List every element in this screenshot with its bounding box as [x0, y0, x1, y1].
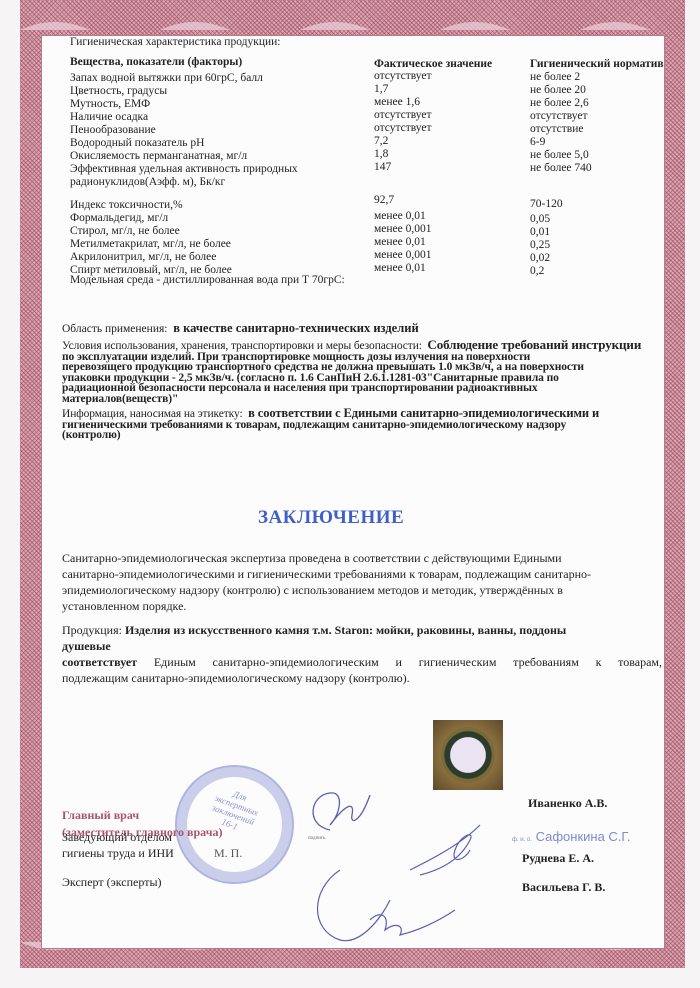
table-cell-norm: 0,02	[530, 252, 550, 265]
complies-word: соответствует	[62, 655, 137, 669]
table-cell-norm: отсутствует	[530, 110, 588, 123]
emblem-icon	[441, 727, 495, 783]
table-cell-norm: не более 5,0	[530, 149, 589, 162]
signature-expert	[300, 860, 460, 960]
product-block: Продукция: Изделия из искусственного кам…	[62, 622, 662, 654]
table-cell-actual: менее 0,01	[374, 210, 426, 223]
table-cell-norm: 0,2	[530, 265, 544, 278]
table-cell-substance: Формальдегид, мг/л	[70, 212, 168, 225]
table-cell-actual: менее 1,6	[374, 96, 420, 109]
experts-label: Эксперт (эксперты)	[62, 875, 162, 890]
table-cell-norm: не более 2	[530, 71, 580, 84]
table-cell-actual: 1,7	[374, 83, 388, 96]
product-name: Изделия из искусственного камня т.м. Sta…	[125, 623, 566, 637]
table-cell-actual: отсутствует	[374, 109, 432, 122]
table-cell-norm: не более 2,6	[530, 97, 589, 110]
conclusion-title: ЗАКЛЮЧЕНИЕ	[258, 507, 404, 529]
signature-chief	[300, 785, 380, 845]
table-cell-actual: менее 0,01	[374, 236, 426, 249]
table-cell-substance: Стирол, мг/л, не более	[70, 225, 180, 238]
table-cell-norm: 0,05	[530, 213, 550, 226]
table-cell-actual: менее 0,001	[374, 223, 432, 236]
table-cell-substance: Эффективная удельная активность природны…	[70, 163, 298, 176]
section-title: Гигиеническая характеристика продукции:	[70, 36, 280, 49]
compliance-block: соответствует Единым санитарно-эпидемиол…	[62, 654, 662, 686]
table-cell-norm: 70-120	[530, 198, 563, 211]
name-expert: Васильева Г. В.	[522, 880, 605, 895]
table-cell-substance: Наличие осадка	[70, 111, 148, 124]
scope-value: в качестве санитарно-технических изделий	[173, 321, 418, 335]
table-cell-substance: Пенообразование	[70, 124, 156, 137]
chief-doctor-label: Главный врач	[62, 808, 139, 823]
scope: Область применения: в качестве санитарно…	[62, 321, 419, 336]
table-cell-substance: Акрилонитрил, мг/л, не более	[70, 251, 216, 264]
table-cell-substance: Цветность, градусы	[70, 85, 167, 98]
table-cell-actual: отсутствует	[374, 122, 432, 135]
name-stamp-blue: ф. и. о. Сафонкина С.Г.	[512, 829, 631, 844]
table-cell-substance: Метилметакрилат, мг/л, не более	[70, 238, 231, 251]
table-cell-substance: Мутность, ЕМФ	[70, 98, 150, 111]
border-wave-decoration	[20, 14, 685, 30]
table-cell-substance: радионуклидов(Аэфф. м), Бк/кг	[70, 176, 225, 189]
table-footnote: Модельная среда - дистиллированная вода …	[70, 274, 345, 287]
column-header-substances: Вещества, показатели (факторы)	[70, 56, 242, 68]
scope-label: Область применения:	[62, 323, 167, 335]
table-cell-norm: 0,25	[530, 239, 550, 252]
column-header-norm: Гигиенический норматив	[530, 58, 664, 70]
table-cell-actual: отсутствует	[374, 70, 432, 83]
table-cell-substance: Запах водной вытяжки при 60грС, балл	[70, 72, 263, 85]
head-dept-label-2: гигиены труда и ИНИ	[62, 846, 174, 861]
table-cell-actual: менее 0,01	[374, 262, 426, 275]
conclusion-paragraph: Санитарно-эпидемиологическая экспертиза …	[62, 550, 662, 614]
table-cell-actual: менее 0,001	[374, 249, 432, 262]
table-cell-norm: отсутствие	[530, 123, 583, 136]
name-head: Руднева Е. А.	[522, 851, 594, 866]
table-cell-actual: 92,7	[374, 194, 394, 207]
product-label: Продукция:	[62, 623, 122, 637]
table-cell-norm: не более 740	[530, 162, 592, 175]
name-chief: Иваненко А.В.	[528, 796, 607, 811]
table-cell-norm: не более 20	[530, 84, 586, 97]
table-cell-actual: 1,8	[374, 148, 388, 161]
table-cell-substance: Окисляемость перманганатная, мг/л	[70, 150, 247, 163]
table-cell-actual: 147	[374, 161, 391, 174]
table-cell-norm: 0,01	[530, 226, 550, 239]
table-cell-actual: 7,2	[374, 135, 388, 148]
mp-label: М. П.	[214, 846, 242, 861]
table-cell-substance: Водородный показатель pH	[70, 137, 204, 150]
table-cell-norm: 6-9	[530, 136, 545, 149]
label-info-block: Информация, наносимая на этикетку: в соо…	[62, 408, 599, 441]
column-header-actual: Фактическое значение	[374, 58, 492, 70]
conditions-block: Условия использования, хранения, транспо…	[62, 340, 641, 404]
table-cell-substance: Индекс токсичности,%	[70, 199, 183, 212]
head-dept-label-1: Заведующий отделом	[62, 830, 172, 845]
